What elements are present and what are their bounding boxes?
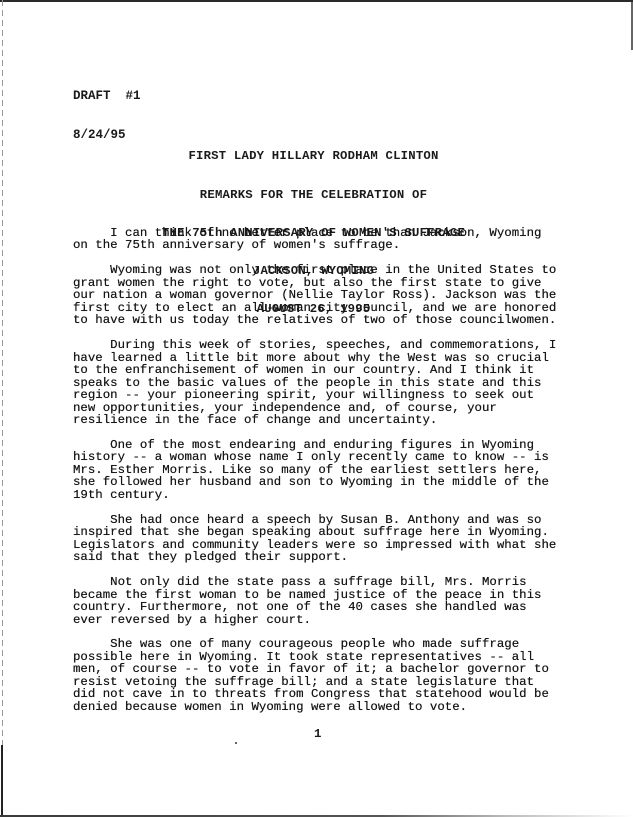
paragraph-line: region -- your pioneering spirit, your w… xyxy=(73,389,573,401)
paragraph-line: 19th century. xyxy=(73,489,573,501)
title-line: FIRST LADY HILLARY RODHAM CLINTON xyxy=(0,150,627,163)
paragraph: I can think of no better place to be tha… xyxy=(73,227,573,252)
scan-speck xyxy=(235,742,237,744)
scan-edge-left-dark xyxy=(1,745,3,817)
paragraph-line: men, of course -- to vote in favor of it… xyxy=(73,663,573,675)
paragraph-line: ever reversed by a higher court. xyxy=(73,614,573,626)
paragraph-line: to have with us today the relatives of t… xyxy=(73,314,573,326)
draft-label: DRAFT #1 xyxy=(73,90,141,103)
paragraph-line: did not cave in to threats from Congress… xyxy=(73,688,573,700)
page-number: 1 xyxy=(314,727,321,741)
paragraph-line: on the 75th anniversary of women's suffr… xyxy=(73,239,573,251)
paragraph-line: Wyoming was not only the first place in … xyxy=(73,264,573,276)
scan-edge-top xyxy=(0,0,633,2)
paragraph: One of the most endearing and enduring f… xyxy=(73,439,573,501)
title-line: REMARKS FOR THE CELEBRATION OF xyxy=(0,189,627,202)
scanned-document-page: DRAFT #1 8/24/95 FIRST LADY HILLARY RODH… xyxy=(0,0,633,817)
paragraph-line: Not only did the state pass a suffrage b… xyxy=(73,576,573,588)
paragraph-line: she followed her husband and son to Wyom… xyxy=(73,476,573,488)
paragraph: Wyoming was not only the first place in … xyxy=(73,264,573,326)
paragraph-line: inspired that she began speaking about s… xyxy=(73,526,573,538)
paragraph-line: our nation a woman governor (Nellie Tayl… xyxy=(73,289,573,301)
scan-edge-left xyxy=(2,0,3,817)
paragraph-line: to the enfranchisement of women in our c… xyxy=(73,364,573,376)
paragraph-line: denied because women in Wyoming were all… xyxy=(73,701,573,713)
paragraph-line: resilience in the face of change and unc… xyxy=(73,414,573,426)
paragraph: Not only did the state pass a suffrage b… xyxy=(73,576,573,626)
paragraph-line: said that they pledged their support. xyxy=(73,551,573,563)
paragraph: During this week of stories, speeches, a… xyxy=(73,339,573,426)
paragraph: She was one of many courageous people wh… xyxy=(73,638,573,713)
paragraph-line: During this week of stories, speeches, a… xyxy=(73,339,573,351)
speech-body: I can think of no better place to be tha… xyxy=(73,227,573,713)
paragraph: She had once heard a speech by Susan B. … xyxy=(73,514,573,564)
paragraph-line: country. Furthermore, not one of the 40 … xyxy=(73,601,573,613)
